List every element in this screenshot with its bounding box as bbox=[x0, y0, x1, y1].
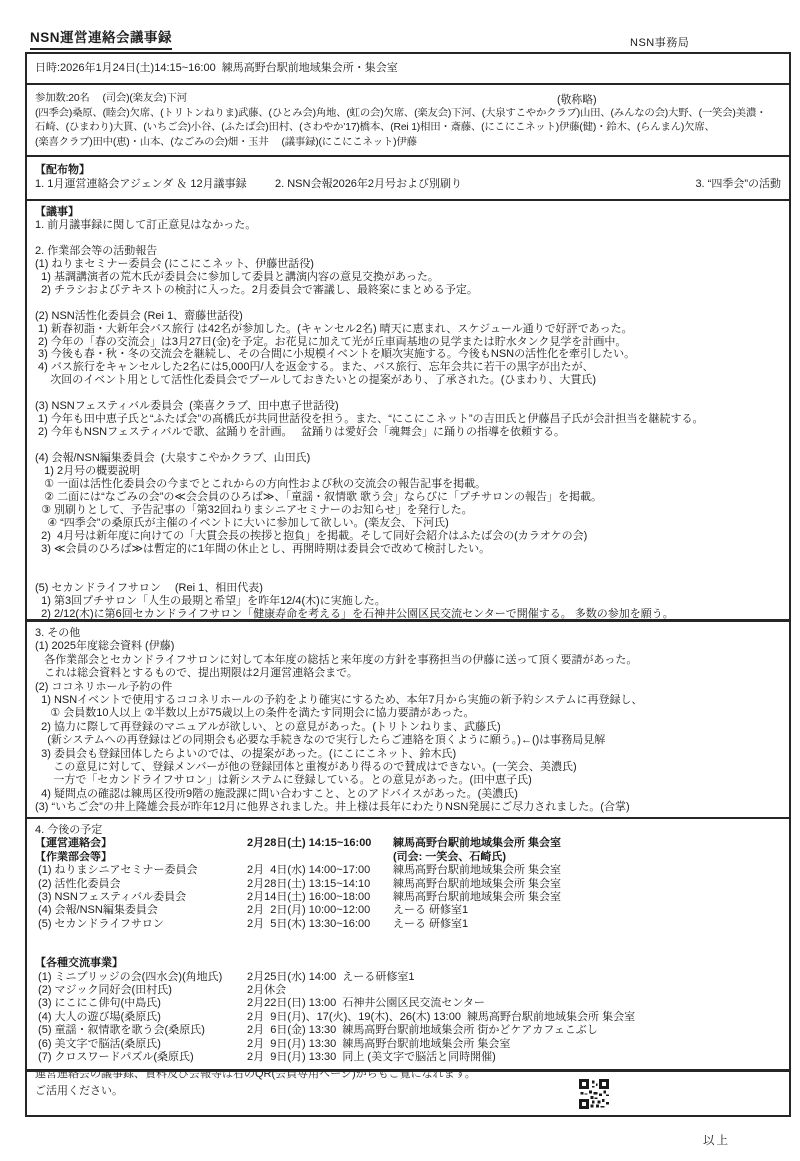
end-of-document-mark: 以上 bbox=[703, 1132, 730, 1148]
exchange-entry-name: (4) 大人の遊び場(桑原氏) bbox=[35, 1011, 247, 1024]
agenda-line bbox=[35, 297, 781, 310]
schedule-entry-name: (1) ねりまシニアセミナー委員会 bbox=[35, 864, 247, 877]
exchange-list: (1) ミニブリッジの会(四水会)(角地氏) 2月25日(水) 14:00 えー… bbox=[35, 971, 781, 1065]
other-line: (1) 2025年度総会資料 (伊藤) bbox=[35, 640, 781, 653]
handouts-row: 【配布物】 1. 1月運営連絡会アジェンダ ＆ 12月議事録2. NSN会報20… bbox=[27, 155, 789, 199]
exchange-entry: (5) 童謡・叙情歌を歌う会(桑原氏) 2月 6日(金) 13:30 練馬高野台… bbox=[35, 1024, 781, 1037]
schedule-entry-name: 【作業部会等】 bbox=[35, 851, 247, 864]
footer-note: ご活用ください。 bbox=[35, 1082, 123, 1098]
schedule-entry-place: えーる 研修室1 bbox=[393, 918, 781, 931]
other-line: 3. その他 bbox=[35, 627, 781, 640]
schedule-entry-datetime: 2月14日(土) 16:00~18:00 bbox=[247, 891, 393, 904]
other-line: 各作業部会とセカンドライフサロンに対して本年度の総括と来年度の方針を事務担当の伊… bbox=[35, 654, 781, 667]
handout-item: 2. NSN会報2026年2月号および別刷り bbox=[275, 177, 695, 192]
agenda-line: 1. 前月議事録に関して訂正意見はなかった。 bbox=[35, 219, 781, 232]
agenda-line: 【議事】 bbox=[35, 206, 781, 219]
exchange-entry: (3) にこにこ俳句(中島氏) 2月22日(日) 13:00 石神井公園区民交流… bbox=[35, 997, 781, 1010]
other-line: この意見に対して、登録メンバーが他の登録団体と重複があり得るので賛成はできない。… bbox=[35, 761, 781, 774]
attendance-line: 石崎、(ひまわり)大貫、(いちご会)小谷、(ふたば会)田村、(さわやか’17)橋… bbox=[35, 121, 781, 136]
exchange-entry-detail: 2月25日(水) 14:00 えーる研修室1 bbox=[247, 971, 781, 984]
other-matters-row: 3. その他(1) 2025年度総会資料 (伊藤) 各作業部会とセカンドライフサ… bbox=[27, 619, 789, 817]
other-line: 4) 疑問点の確認は練馬区役所9階の施設課に問い合わすこと、とのアドバイスがあっ… bbox=[35, 788, 781, 801]
schedule-entry-name: (2) 活性化委員会 bbox=[35, 878, 247, 891]
agenda-line: 1) 第3回プチサロン「人生の最期と希望」を昨年12/4(木)に実施した。 bbox=[35, 595, 781, 608]
other-lines: 3. その他(1) 2025年度総会資料 (伊藤) 各作業部会とセカンドライフサ… bbox=[35, 627, 781, 815]
schedule-entry-datetime: 2月28日(土) 13:15~14:10 bbox=[247, 878, 393, 891]
other-line: (2) ココネリホール予約の件 bbox=[35, 681, 781, 694]
agenda-line: 1) 2月号の概要説明 bbox=[35, 465, 781, 478]
exchange-entry-detail: 2月 9日(月)、17(火)、19(木)、26(木) 13:00 練馬高野台駅前… bbox=[247, 1011, 781, 1024]
schedule-entry: (1) ねりまシニアセミナー委員会 2月 4日(水) 14:00~17:00 練… bbox=[35, 864, 781, 877]
honorific-note: (敬称略) bbox=[557, 92, 597, 107]
agenda-line: 4) バス旅行をキャンセルした2名には5,000円/人を返金する。また、バス旅行… bbox=[35, 361, 781, 374]
exchange-entry: (4) 大人の遊び場(桑原氏) 2月 9日(月)、17(火)、19(木)、26(… bbox=[35, 1011, 781, 1024]
schedule-entry: 【作業部会等】 (司会: 一笑会、石崎氏) bbox=[35, 851, 781, 864]
handout-item: 1. 1月運営連絡会アジェンダ ＆ 12月議事録 bbox=[35, 177, 275, 192]
agenda-line: 1) 新春初詣・大新年会バス旅行 は42名が参加した。(キャンセル2名) 晴天に… bbox=[35, 323, 781, 336]
agenda-line: 1) 基調講演者の荒木氏が委員会に参加して委員と講演内容の意見交換があった。 bbox=[35, 271, 781, 284]
other-line: ① 会員数10人以上 ②半数以上が75歳以上の条件を満たす同期会に協力要請があっ… bbox=[35, 707, 781, 720]
agenda-line: 1) 今年も田中恵子氏と“ふたば会”の高橋氏が共同世話役を担う。また、“にこにこ… bbox=[35, 413, 781, 426]
agenda-lines: 【議事】1. 前月議事録に関して訂正意見はなかった。 2. 作業部会等の活動報告… bbox=[35, 206, 781, 619]
agenda-line: 3) ≪会員のひろば≫は暫定的に1年間の休止とし、再開時期は委員会で改めて検討し… bbox=[35, 543, 781, 556]
datetime-text: 日時:2026年1月24日(土)14:15~16:00 練馬高野台駅前地域集会所… bbox=[35, 62, 781, 75]
schedule-entry-name: 【運営連絡会】 bbox=[35, 837, 247, 850]
schedule-entry: (5) セカンドライフサロン 2月 5日(木) 13:30~16:00 えーる … bbox=[35, 918, 781, 931]
agenda-line: 次回のイベント用として活性化委員会でプールしておきたいとの提案があり、了承された… bbox=[35, 374, 781, 387]
agenda-line bbox=[35, 439, 781, 452]
agenda-line: 2) 今年の「春の交流会」は3月27日(金)を予定。お花見に加えて光が丘車両基地… bbox=[35, 336, 781, 349]
other-line: 一方で「セカンドライフサロン」は新システムに登録している。との意見があった。(田… bbox=[35, 774, 781, 787]
footer-row: 運営連絡会の議事録、資料及び会報等は右のQR(会員専用ページ)からもご覧になれま… bbox=[27, 1069, 789, 1115]
schedule-entry: (2) 活性化委員会 2月28日(土) 13:15~14:10 練馬高野台駅前地… bbox=[35, 878, 781, 891]
schedule-entry: (4) 会報/NSN編集委員会 2月 2日(月) 10:00~12:00 えーる… bbox=[35, 904, 781, 917]
exchange-entry-name: (3) にこにこ俳句(中島氏) bbox=[35, 997, 247, 1010]
attendance-lines: (四季会)桑原、(睦会)欠席、(トリトンねりま)武藤、(ひとみ会)角地、(虹の会… bbox=[35, 107, 781, 151]
schedule-entry: 【運営連絡会】 2月28日(土) 14:15~16:00 練馬高野台駅前地域集会… bbox=[35, 837, 781, 850]
agenda-line: 2) 2/12(木)に第6回セカンドライフサロン「健康寿命を考える」を石神井公園… bbox=[35, 608, 781, 619]
exchange-entry: (1) ミニブリッジの会(四水会)(角地氏) 2月25日(水) 14:00 えー… bbox=[35, 971, 781, 984]
exchange-entry: (6) 美文字で脳活(桑原氏) 2月 9日(月) 13:30 練馬高野台駅前地域… bbox=[35, 1038, 781, 1051]
schedule-entry-place: えーる 研修室1 bbox=[393, 904, 781, 917]
agenda-line: (5) セカンドライフサロン (Rei 1、相田代表) bbox=[35, 582, 781, 595]
exchange-entry: (2) マジック同好会(田村氏) 2月休会 bbox=[35, 984, 781, 997]
agenda-line: ③ 別刷りとして、予告記事の「第32回ねりまシニアセミナーのお知らせ」を発行した… bbox=[35, 504, 781, 517]
agenda-line: 3) 今後も春・秋・冬の交流会を継続し、その合間に小規模イベントを順次実施する。… bbox=[35, 348, 781, 361]
handout-items: 1. 1月運営連絡会アジェンダ ＆ 12月議事録2. NSN会報2026年2月号… bbox=[35, 177, 781, 192]
exchange-heading: 【各種交流事業】 bbox=[35, 957, 781, 970]
exchange-entry-name: (7) クロスワードパズル(桑原氏) bbox=[35, 1051, 247, 1064]
schedule-entry: (3) NSNフェスティバル委員会 2月14日(土) 16:00~18:00 練… bbox=[35, 891, 781, 904]
schedule-entry-name: (5) セカンドライフサロン bbox=[35, 918, 247, 931]
agenda-line: (1) ねりまセミナー委員会 (にこにこネット、伊藤世話役) bbox=[35, 258, 781, 271]
exchange-entry-detail: 2月休会 bbox=[247, 984, 781, 997]
exchange-entry-name: (5) 童謡・叙情歌を歌う会(桑原氏) bbox=[35, 1024, 247, 1037]
agenda-line: ② 二面には“なごみの会”の≪会会員のひろば≫、「童謡・叙情歌 歌う会」ならびに… bbox=[35, 491, 781, 504]
schedule-entry-place: 練馬高野台駅前地域集会所 集会室 bbox=[393, 878, 781, 891]
exchange-entry-detail: 2月22日(日) 13:00 石神井公園区民交流センター bbox=[247, 997, 781, 1010]
schedule-main-list: 【運営連絡会】 2月28日(土) 14:15~16:00 練馬高野台駅前地域集会… bbox=[35, 837, 781, 931]
other-line: これは総会資料とするもので、提出期限は2月運営連絡会まで。 bbox=[35, 667, 781, 680]
footer-note-clipped: 運営連絡会の議事録、資料及び会報等は右のQR(会員専用ページ)からもご覧になれま… bbox=[35, 1069, 476, 1081]
office-label: NSN事務局 bbox=[630, 34, 689, 50]
other-line: 1) NSNイベントで使用するココネリホールの予約をより確実にするため、本年7月… bbox=[35, 694, 781, 707]
other-line: 3) 委員会も登録団体したらよいのでは、の提案があった。(にこにこネット、鈴木氏… bbox=[35, 748, 781, 761]
handouts-heading: 【配布物】 bbox=[35, 164, 781, 177]
datetime-row: 日時:2026年1月24日(土)14:15~16:00 練馬高野台駅前地域集会所… bbox=[27, 54, 789, 83]
exchange-entry-detail: 2月 6日(金) 13:30 練馬高野台駅前地域集会所 街かどケアカフェこぶし bbox=[247, 1024, 781, 1037]
schedule-entry-place: 練馬高野台駅前地域集会所 集会室 bbox=[393, 837, 781, 850]
agenda-line: ① 一面は活性化委員会の今までとこれからの方向性および秋の交流会の報告記事を掲載… bbox=[35, 478, 781, 491]
schedule-entry-datetime bbox=[247, 851, 393, 864]
schedule-entry-name: (3) NSNフェスティバル委員会 bbox=[35, 891, 247, 904]
agenda-line bbox=[35, 569, 781, 582]
schedule-entry-place: 練馬高野台駅前地域集会所 集会室 bbox=[393, 864, 781, 877]
schedule-entry-datetime: 2月28日(土) 14:15~16:00 bbox=[247, 837, 393, 850]
schedule-entry-datetime: 2月 5日(木) 13:30~16:00 bbox=[247, 918, 393, 931]
exchange-entry-detail: 2月 9日(月) 13:30 同上 (美文字で脳活と同時開催) bbox=[247, 1051, 781, 1064]
agenda-line bbox=[35, 232, 781, 245]
agenda-line: (3) NSNフェスティバル委員会 (楽喜クラブ、田中恵子世話役) bbox=[35, 400, 781, 413]
agenda-line: (4) 会報/NSN編集委員会 (大泉すこやかクラブ、山田氏) bbox=[35, 452, 781, 465]
schedule-entry-datetime: 2月 4日(水) 14:00~17:00 bbox=[247, 864, 393, 877]
attendance-header: 参加数:20名 (司会)(楽友会)下河 bbox=[35, 92, 781, 107]
other-line: 2) 協力に際して再登録のマニュアルが欲しい、との意見があった。(トリトンねりま… bbox=[35, 721, 781, 734]
schedule-entry-place: 練馬高野台駅前地域集会所 集会室 bbox=[393, 891, 781, 904]
handout-item: 3. “四季会”の活動 bbox=[695, 177, 781, 192]
agenda-line: (2) NSN活性化委員会 (Rei 1、齋藤世話役) bbox=[35, 310, 781, 323]
agenda-line: 2. 作業部会等の活動報告 bbox=[35, 245, 781, 258]
attendance-row: 参加数:20名 (司会)(楽友会)下河 (敬称略) (四季会)桑原、(睦会)欠席… bbox=[27, 83, 789, 155]
document-title: NSN運営連絡会議事録 bbox=[30, 26, 172, 50]
schedule-heading: 4. 今後の予定 bbox=[35, 824, 781, 837]
exchange-entry: (7) クロスワードパズル(桑原氏) 2月 9日(月) 13:30 同上 (美文… bbox=[35, 1051, 781, 1064]
upcoming-schedule-row: 4. 今後の予定 【運営連絡会】 2月28日(土) 14:15~16:00 練馬… bbox=[27, 817, 789, 1069]
qr-code-icon bbox=[579, 1079, 609, 1109]
other-line: (新システムへの再登録はどの同期会も必要な手続きなので実行したらご連絡を頂くよう… bbox=[35, 734, 781, 747]
attendance-line: (四季会)桑原、(睦会)欠席、(トリトンねりま)武藤、(ひとみ会)角地、(虹の会… bbox=[35, 107, 781, 122]
attendance-line: (楽喜クラブ)田中(恵)・山本、(なごみの会)畑・玉井 (議事録)(にこにこネッ… bbox=[35, 136, 781, 151]
minutes-table: 日時:2026年1月24日(土)14:15~16:00 練馬高野台駅前地域集会所… bbox=[25, 52, 791, 1117]
agenda-line: ④ “四季会”の桑原氏が主催のイベントに大いに参加して欲しい。(楽友会、下河氏) bbox=[35, 517, 781, 530]
other-line: (3) “いちご会”の井上隆雄会長が昨年12月に他界されました。井上様は長年にわ… bbox=[35, 801, 781, 814]
agenda-line: 2) 4月号は新年度に向けての「大貫会長の挨拶と抱負」を掲載。そして同好会紹介は… bbox=[35, 530, 781, 543]
exchange-entry-name: (6) 美文字で脳活(桑原氏) bbox=[35, 1038, 247, 1051]
schedule-entry-datetime: 2月 2日(月) 10:00~12:00 bbox=[247, 904, 393, 917]
agenda-line bbox=[35, 556, 781, 569]
schedule-entry-name: (4) 会報/NSN編集委員会 bbox=[35, 904, 247, 917]
exchange-entry-name: (2) マジック同好会(田村氏) bbox=[35, 984, 247, 997]
agenda-line bbox=[35, 387, 781, 400]
exchange-entry-name: (1) ミニブリッジの会(四水会)(角地氏) bbox=[35, 971, 247, 984]
schedule-entry-place: (司会: 一笑会、石崎氏) bbox=[393, 851, 781, 864]
agenda-line: 2) チラシおよびテキストの検討に入った。2月委員会で審議し、最終案にまとめる予… bbox=[35, 284, 781, 297]
agenda-line: 2) 今年もNSNフェスティバルで歌、盆踊りを計画。 盆踊りは愛好会「魂舞会」に… bbox=[35, 426, 781, 439]
exchange-entry-detail: 2月 9日(月) 13:30 練馬高野台駅前地域集会所 集会室 bbox=[247, 1038, 781, 1051]
agenda-row: 【議事】1. 前月議事録に関して訂正意見はなかった。 2. 作業部会等の活動報告… bbox=[27, 199, 789, 619]
